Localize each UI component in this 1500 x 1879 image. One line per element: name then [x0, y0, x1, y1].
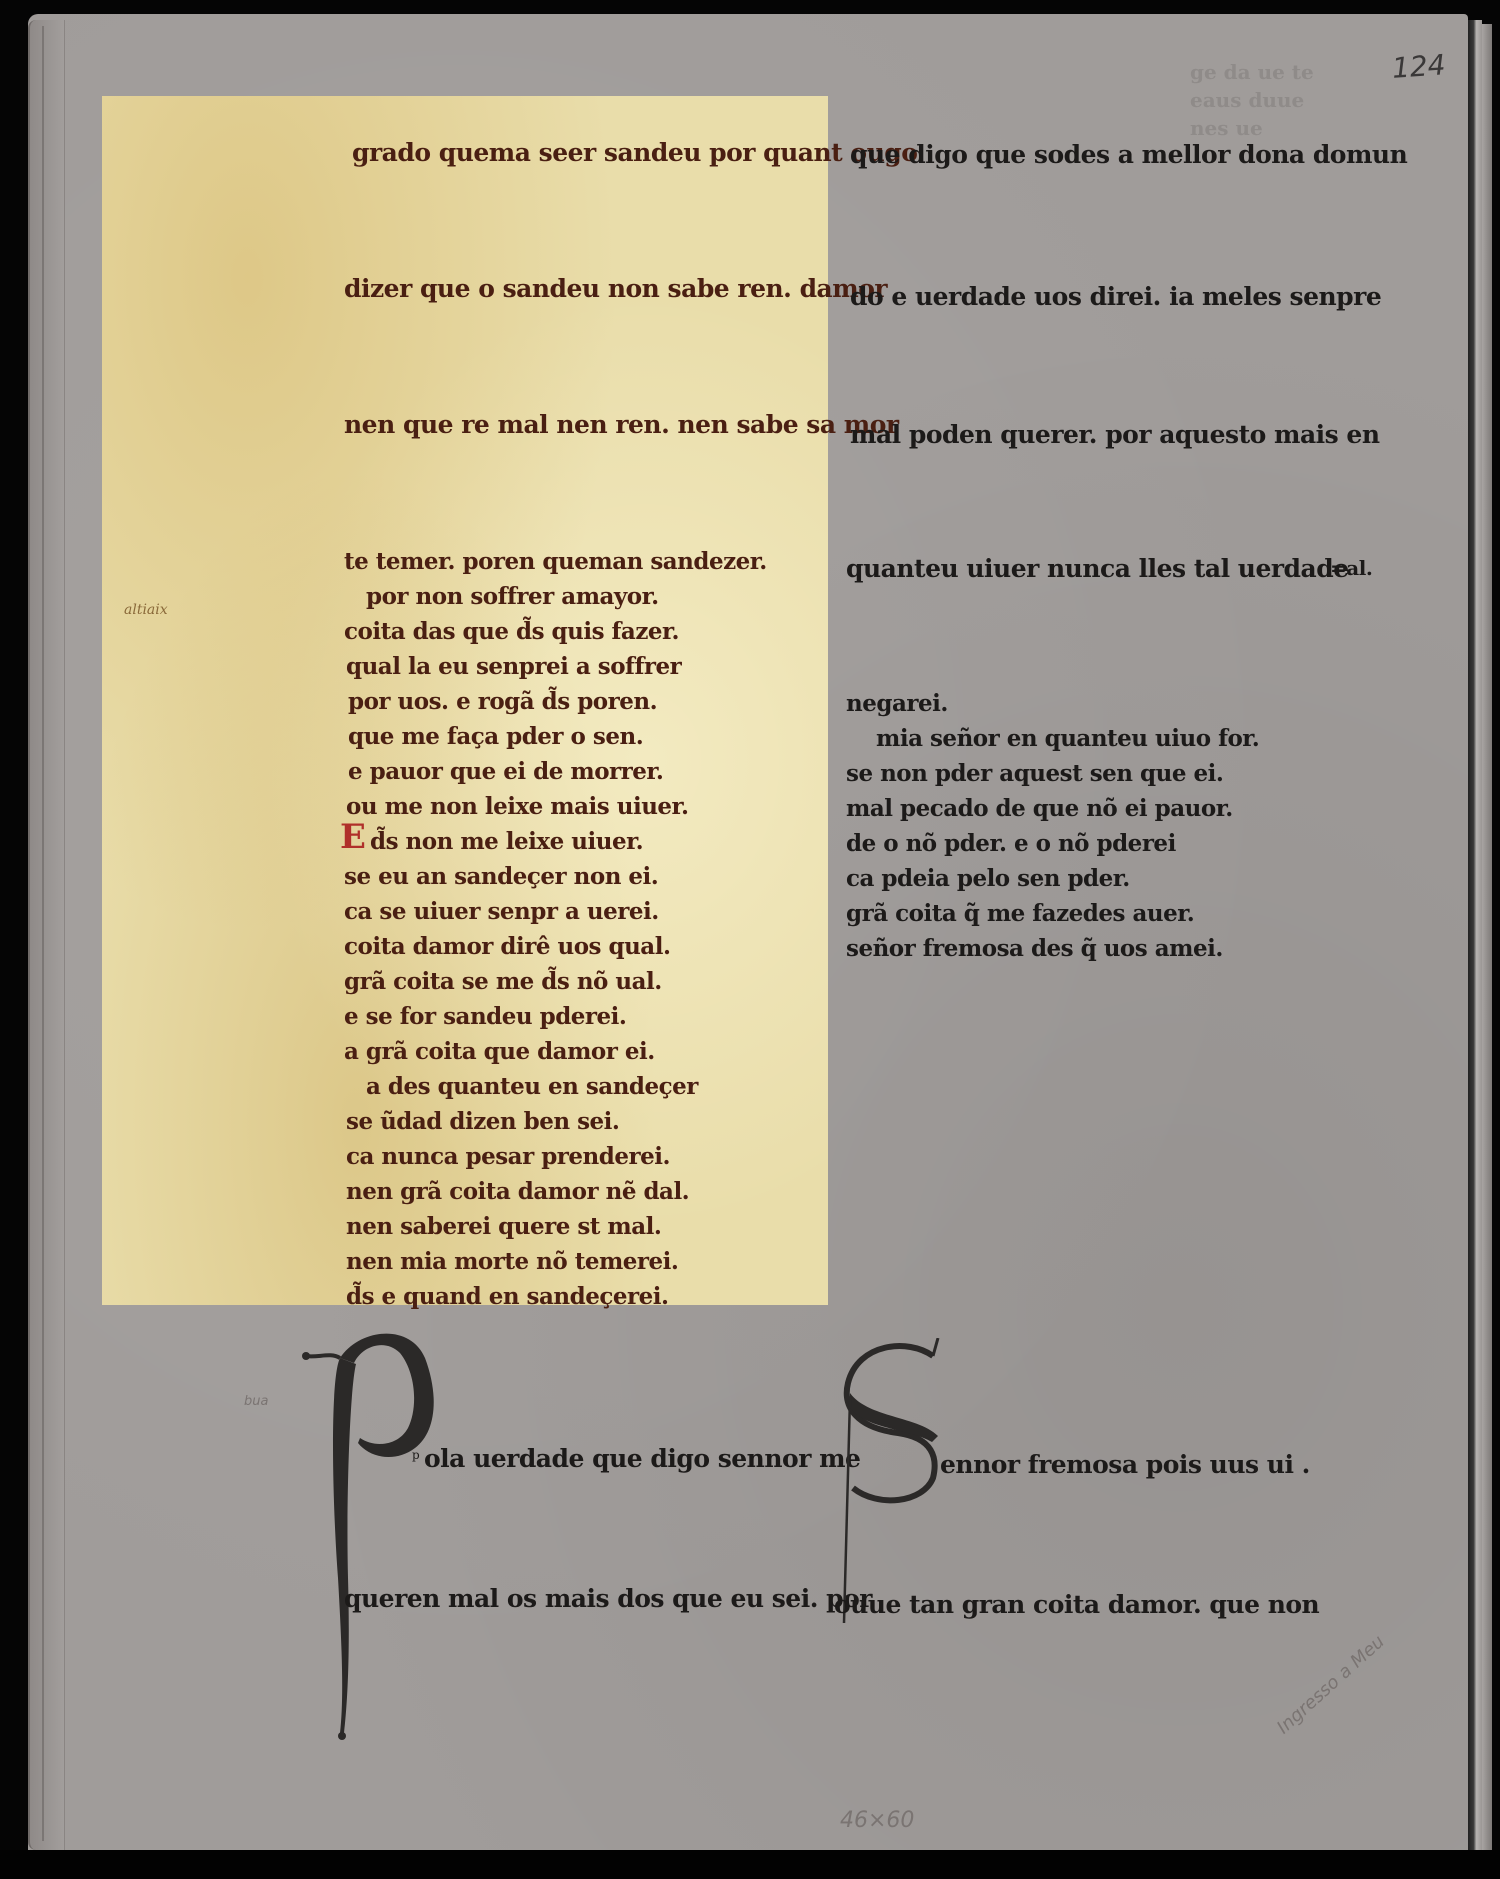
verse-line: ou me non leixe mais uiuer. [346, 793, 689, 820]
margin-note: bua [244, 1394, 268, 1409]
decorated-initial-s [838, 1338, 958, 1628]
verse-line: ca se uiuer senpr a uerei. [344, 898, 659, 925]
verse-line: nen grã coita damor nẽ dal. [346, 1178, 689, 1205]
verse-line: a grã coita que damor ei. [344, 1038, 655, 1065]
verse-line: de o nõ pder. e o nõ pderei [846, 830, 1176, 857]
stave-text-line: que digo que sodes a mellor dona domun [850, 140, 1407, 169]
rubric-initial: E [340, 817, 365, 857]
page-stack-left-edge [28, 20, 65, 1850]
verse-line: e se for sandeu pderei. [344, 1003, 626, 1030]
stave-text-line: grado quema seer sandeu por quant ougo [352, 138, 917, 167]
page-stack-line [42, 26, 44, 1841]
verse-line: d̃s non me leixe uiuer. [370, 828, 643, 855]
verse-line: que me faça pder o sen. [348, 723, 643, 750]
stave-text-line: ouue tan gran coita damor. que non [834, 1590, 1319, 1619]
verse-line: se eu an sandeçer non ei. [344, 863, 658, 890]
margin-mark: =al. [1330, 556, 1372, 580]
ghost-line: nes ue [1190, 114, 1314, 142]
pencil-note: 46×60 [840, 1808, 914, 1833]
verse-line: e pauor que ei de morrer. [348, 758, 663, 785]
background-shadow [0, 1850, 1500, 1879]
margin-note: altiaix [124, 602, 168, 618]
verse-line: coita das que d̃s quis fazer. [344, 618, 679, 645]
stave-text-line: nen que re mal nen ren. nen sabe sa mor [344, 410, 899, 439]
ghost-line: ge da ue te [1190, 58, 1314, 86]
verse-line: mal pecado de que nõ ei pauor. [846, 795, 1233, 822]
folio-number: 124 [1391, 48, 1447, 85]
verse-line: te temer. poren queman sandezer. [344, 548, 767, 575]
book-spine-edge [1482, 24, 1492, 1860]
verse-line: qual la eu senprei a soffrer [346, 653, 681, 680]
verse-line: se non pder aquest sen que ei. [846, 760, 1223, 787]
verse-line: señor fremosa des q̃ uos amei. [846, 935, 1223, 962]
verse-line: por uos. e rogã d̃s poren. [348, 688, 657, 715]
guide-letter: p [412, 1448, 419, 1462]
show-through-text: ge da ue te eaus duue nes ue [1190, 58, 1314, 142]
verse-line: d̃s e quand en sandeçerei. [346, 1283, 668, 1310]
book-spine [1468, 20, 1482, 1860]
ghost-line: eaus duue [1190, 86, 1314, 114]
verse-line: nen mia morte nõ temerei. [346, 1248, 678, 1275]
stave-text-line: dizer que o sandeu non sabe ren. damor [344, 274, 887, 303]
verse-line: se ũdad dizen ben sei. [346, 1108, 619, 1135]
stave-text-line: mal poden querer. por aquesto mais en [850, 420, 1380, 449]
stave-text-line: quanteu uiuer nunca lles tal uerdade [846, 554, 1349, 583]
stave-text-line: ola uerdade que digo sennor me [424, 1444, 860, 1473]
verse-line: grã coita se me d̃s nõ ual. [344, 968, 662, 995]
verse-line: por non soffrer amayor. [366, 583, 659, 610]
verse-line: ca pdeia pelo sen pder. [846, 865, 1130, 892]
verse-line: a des quanteu en sandeçer [366, 1073, 698, 1100]
stave-text-line: queren mal os mais dos que eu sei. por [344, 1584, 872, 1613]
verse-line: negarei. [846, 690, 948, 717]
decorated-initial-p [300, 1318, 440, 1748]
verse-line: mia señor en quanteu uiuo for. [876, 725, 1259, 752]
stave-text-line: ennor fremosa pois uus ui . [940, 1450, 1310, 1479]
verse-line: grã coita q̃ me fazedes auer. [846, 900, 1194, 927]
verse-line: ca nunca pesar prenderei. [346, 1143, 670, 1170]
verse-line: nen saberei quere st mal. [346, 1213, 661, 1240]
stave-text-line: do e uerdade uos direi. ia meles senpre [850, 282, 1381, 311]
verse-line: coita damor dirê uos qual. [344, 933, 670, 960]
